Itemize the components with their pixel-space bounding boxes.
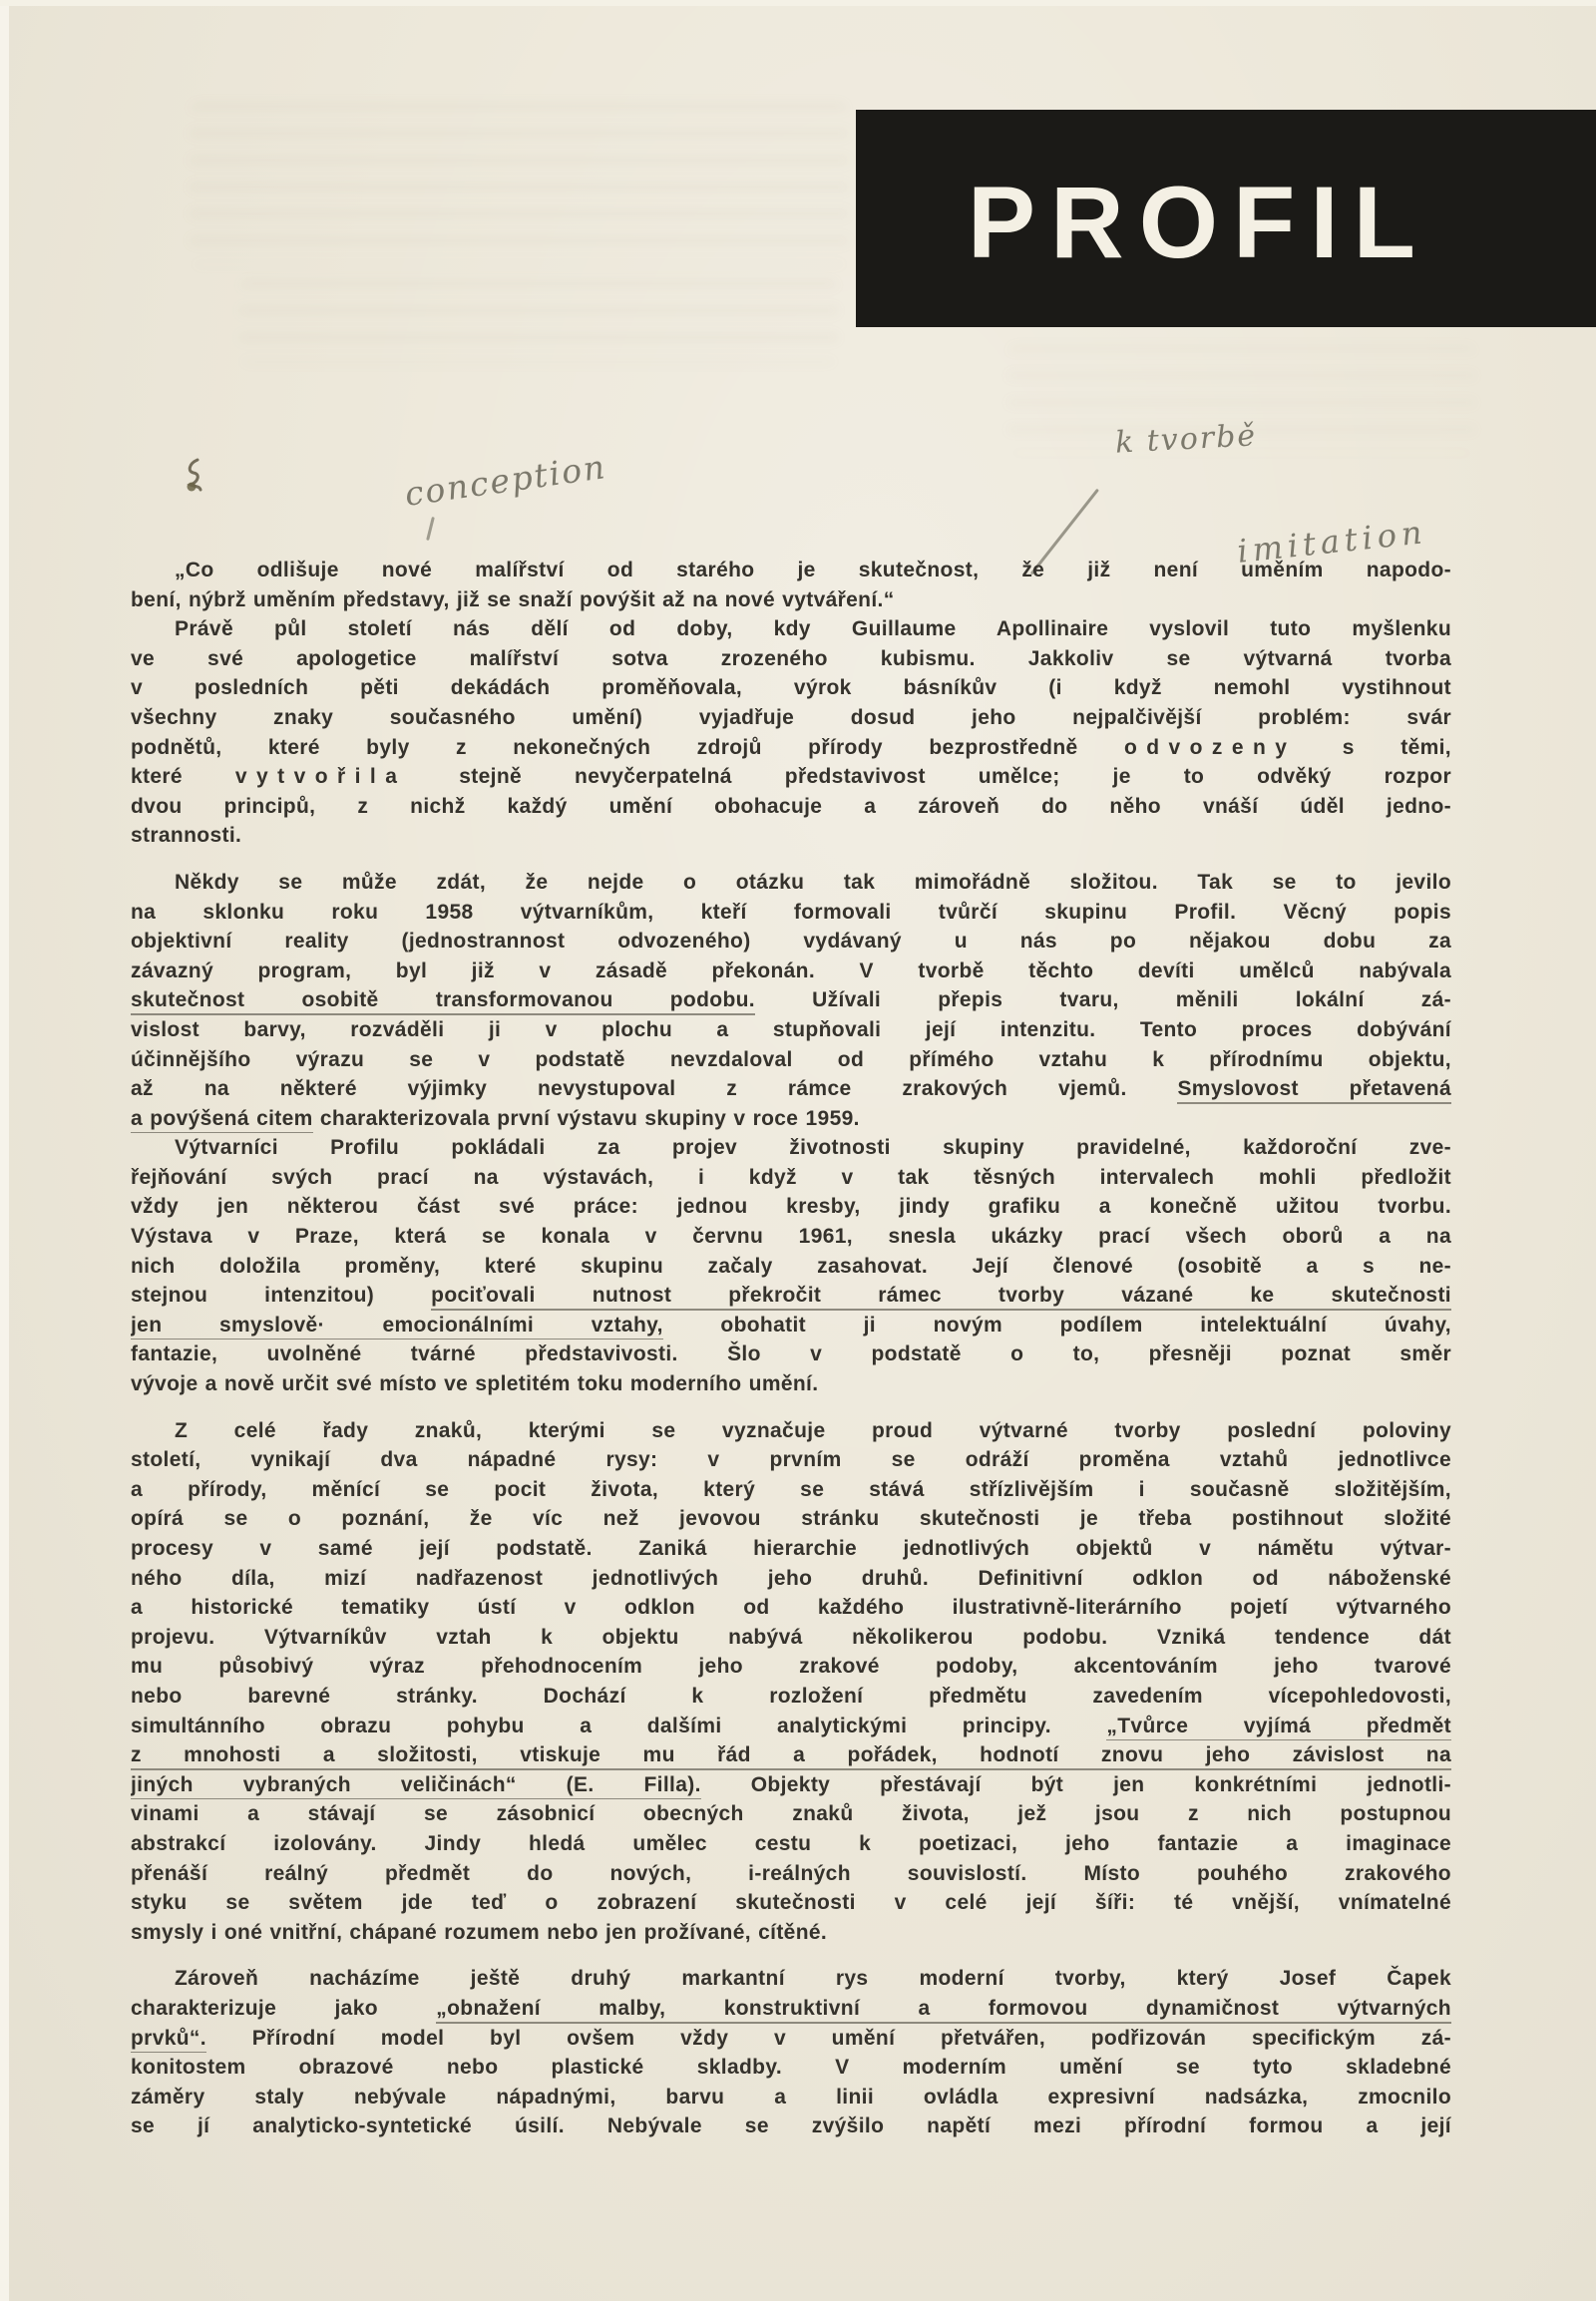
text-line: charakterizuje jako „obnažení malby, kon… <box>131 1994 1451 2024</box>
scan-edge-top <box>0 0 1596 6</box>
text-line: všechny znaky současného umění) vyjadřuj… <box>131 703 1451 733</box>
text-segment: přenáší reálný předmět do nových, i-reál… <box>131 1862 1451 1885</box>
text-line: z mnohosti a složitosti, vtiskuje mu řád… <box>131 1740 1451 1770</box>
text-line: a přírody, měnící se pocit života, který… <box>131 1475 1451 1505</box>
text-line: a povýšená citem charakterizovala první … <box>131 1104 1451 1134</box>
paragraph: Zároveň nacházíme ještě druhý markantní … <box>131 1964 1451 2141</box>
text-segment: projevu. Výtvarníkův vztah k objektu nab… <box>131 1626 1451 1649</box>
bleedthrough-mid <box>239 279 838 364</box>
text-line: Zároveň nacházíme ještě druhý markantní … <box>131 1964 1451 1994</box>
text-line: abstrakcí izolovány. Jindy hledá umělec … <box>131 1829 1451 1859</box>
scan-edge-left <box>0 0 9 2301</box>
text-line: ného díla, mizí nadřazenost jednotlivých… <box>131 1564 1451 1594</box>
text-line: vždy jen některou část své práce: jednou… <box>131 1192 1451 1222</box>
text-segment: ve své apologetice malířství sotva zroze… <box>131 647 1451 670</box>
text-line: procesy v samé její podstatě. Zaniká hie… <box>131 1534 1451 1564</box>
pencil-underlined-text: pociťovali nutnost překročit rámec tvorb… <box>431 1284 1451 1311</box>
text-segment: záměry staly nebývale nápadnými, barvu a… <box>131 2086 1451 2109</box>
text-segment: smysly i oné vnitřní, chápané rozumem ne… <box>131 1921 827 1944</box>
text-segment: dvou principů, z nichž každý umění oboha… <box>131 795 1451 818</box>
handwritten-note-k-tvorbe: k tvorbě <box>1114 418 1258 460</box>
text-line: záměry staly nebývale nápadnými, barvu a… <box>131 2083 1451 2112</box>
header-banner: PROFIL <box>856 110 1596 327</box>
text-line: ve své apologetice malířství sotva zroze… <box>131 644 1451 674</box>
text-segment: strannosti. <box>131 824 241 847</box>
pencil-underlined-text: a povýšená citem <box>131 1107 313 1134</box>
ink-squiggle-mark <box>182 457 211 501</box>
text-line: Výtvarníci Profilu pokládali za projev ž… <box>131 1133 1451 1163</box>
text-segment: se jí analyticko-syntetické úsilí. Nebýv… <box>131 2114 1451 2137</box>
text-line: strannosti. <box>131 821 1451 851</box>
text-line: konitostem obrazové nebo plastické sklad… <box>131 2053 1451 2083</box>
pencil-underlined-text: prvků“. <box>131 2027 206 2054</box>
bleedthrough-right <box>1007 344 1476 454</box>
text-line: a historické tematiky ústí v odklon od k… <box>131 1593 1451 1623</box>
text-line: v posledních pěti dekádách proměňovala, … <box>131 673 1451 703</box>
text-line: přenáší reálný předmět do nových, i-reál… <box>131 1859 1451 1889</box>
paragraph: Z celé řady znaků, kterými se vyznačuje … <box>131 1416 1451 1948</box>
text-line: Někdy se může zdát, že nejde o otázku ta… <box>131 868 1451 898</box>
pencil-underlined-text: skutečnost osobitě transformovanou podob… <box>131 988 755 1015</box>
text-segment: s těmi, <box>1296 736 1451 759</box>
text-line: projevu. Výtvarníkův vztah k objektu nab… <box>131 1623 1451 1653</box>
text-line: jiných vybraných veličinách“ (E. Filla).… <box>131 1770 1451 1800</box>
text-segment: Někdy se může zdát, že nejde o otázku ta… <box>175 871 1451 894</box>
text-segment: opírá se o poznání, že víc než jevovou s… <box>131 1507 1451 1530</box>
pencil-underlined-text: „Tvůrce vyjímá předmět <box>1106 1715 1451 1741</box>
text-segment: odvozeny <box>1124 736 1296 759</box>
pencil-underlined-text: jen smyslově· emocionálními vztahy, <box>131 1314 663 1341</box>
pencil-underlined-text: z mnohosti a složitosti, vtiskuje mu řád… <box>131 1743 1451 1770</box>
text-segment: století, vynikají dva nápadné rysy: v pr… <box>131 1448 1451 1471</box>
text-segment: fantazie, uvolněné tvárné představivosti… <box>131 1342 1451 1365</box>
text-line: se jí analyticko-syntetické úsilí. Nebýv… <box>131 2111 1451 2141</box>
text-segment: a přírody, měnící se pocit života, který… <box>131 1478 1451 1501</box>
pencil-underlined-text: jiných vybraných veličinách“ (E. Filla). <box>131 1773 701 1800</box>
text-line: účinnějšího výrazu se v podstatě nevzdal… <box>131 1045 1451 1075</box>
text-line: simultánního obrazu pohybu a dalšími ana… <box>131 1712 1451 1741</box>
text-segment: až na některé výjimky nevystupoval z rám… <box>131 1077 1177 1100</box>
text-line: řejňování svých prací na výstavách, i kd… <box>131 1163 1451 1193</box>
text-line: jen smyslově· emocionálními vztahy, oboh… <box>131 1311 1451 1341</box>
pencil-underlined-text: „obnažení malby, konstruktivní a formovo… <box>436 1997 1451 2024</box>
text-line: dvou principů, z nichž každý umění oboha… <box>131 792 1451 822</box>
text-line: Z celé řady znaků, kterými se vyznačuje … <box>131 1416 1451 1446</box>
paragraph: Právě půl století nás dělí od doby, kdy … <box>131 614 1451 851</box>
text-line: mu působivý výraz přehodnocením jeho zra… <box>131 1652 1451 1682</box>
text-segment: konitostem obrazové nebo plastické sklad… <box>131 2056 1451 2079</box>
text-segment: a historické tematiky ústí v odklon od k… <box>131 1596 1451 1619</box>
text-line: závazný program, byl již v zásadě překon… <box>131 957 1451 986</box>
text-segment: v posledních pěti dekádách proměňovala, … <box>131 676 1451 699</box>
text-line: Právě půl století nás dělí od doby, kdy … <box>131 614 1451 644</box>
text-segment: abstrakcí izolovány. Jindy hledá umělec … <box>131 1832 1451 1855</box>
text-line: stejnou intenzitou) pociťovali nutnost p… <box>131 1281 1451 1311</box>
text-segment: mu působivý výraz přehodnocením jeho zra… <box>131 1655 1451 1678</box>
text-line: století, vynikají dva nápadné rysy: v pr… <box>131 1445 1451 1475</box>
handwritten-note-conception: conception <box>402 447 608 514</box>
paragraph: Někdy se může zdát, že nejde o otázku ta… <box>131 868 1451 1133</box>
text-segment: podnětů, které byly z nekonečných zdrojů… <box>131 736 1124 759</box>
text-line: smysly i oné vnitřní, chápané rozumem ne… <box>131 1918 1451 1948</box>
text-segment: styku se světem jde teď o zobrazení skut… <box>131 1891 1451 1914</box>
text-line: skutečnost osobitě transformovanou podob… <box>131 985 1451 1015</box>
text-line: až na některé výjimky nevystupoval z rám… <box>131 1074 1451 1104</box>
text-segment: Výstava v Praze, která se konala v červn… <box>131 1225 1451 1248</box>
text-segment: Přírodní model byl ovšem vždy v umění př… <box>206 2027 1451 2050</box>
text-line: objektivní reality (jednostrannost odvoz… <box>131 927 1451 957</box>
text-line: styku se světem jde teď o zobrazení skut… <box>131 1888 1451 1918</box>
text-segment: které <box>131 765 235 788</box>
text-segment: „Co odlišuje nové malířství od starého j… <box>175 559 1451 581</box>
text-segment: procesy v samé její podstatě. Zaniká hie… <box>131 1537 1451 1560</box>
text-line: které vytvořila stejně nevyčerpatelná př… <box>131 762 1451 792</box>
text-segment: závazný program, byl již v zásadě překon… <box>131 959 1451 982</box>
text-segment: nebo barevné stránky. Dochází k rozložen… <box>131 1685 1451 1708</box>
paragraph: Výtvarníci Profilu pokládali za projev ž… <box>131 1133 1451 1398</box>
text-segment: vždy jen některou část své práce: jednou… <box>131 1195 1451 1218</box>
text-line: prvků“. Přírodní model byl ovšem vždy v … <box>131 2024 1451 2054</box>
text-line: nich doložila proměny, které skupinu zač… <box>131 1252 1451 1282</box>
page-title: PROFIL <box>856 157 1430 281</box>
paragraph: „Co odlišuje nové malířství od starého j… <box>131 556 1451 614</box>
text-segment: na sklonku roku 1958 výtvarníkům, kteří … <box>131 901 1451 924</box>
text-line: „Co odlišuje nové malířství od starého j… <box>131 556 1451 585</box>
text-segment: objektivní reality (jednostrannost odvoz… <box>131 930 1451 953</box>
text-segment: vývoje a nově určit své místo ve spletit… <box>131 1372 818 1395</box>
bleedthrough-top <box>190 102 848 266</box>
text-segment: Objekty přestávají být jen konkrétními j… <box>701 1773 1451 1796</box>
text-line: fantazie, uvolněné tvárné představivosti… <box>131 1340 1451 1369</box>
text-segment: charakterizovala první výstavu skupiny v… <box>313 1107 860 1130</box>
pencil-tick-mark <box>426 517 435 541</box>
text-line: vislost barvy, rozváděli ji v plochu a s… <box>131 1015 1451 1045</box>
text-line: na sklonku roku 1958 výtvarníkům, kteří … <box>131 898 1451 928</box>
text-segment: obohatit ji novým podílem intelektuální … <box>663 1314 1451 1337</box>
text-line: podnětů, které byly z nekonečných zdrojů… <box>131 733 1451 763</box>
text-segment: bení, nýbrž uměním představy, již se sna… <box>131 588 895 611</box>
text-segment: řejňování svých prací na výstavách, i kd… <box>131 1166 1451 1189</box>
text-line: vinami a stávají se zásobnicí obecných z… <box>131 1799 1451 1829</box>
text-segment: charakterizuje jako <box>131 1997 436 2020</box>
text-segment: účinnějšího výrazu se v podstatě nevzdal… <box>131 1048 1451 1071</box>
text-segment: stejnou intenzitou) <box>131 1284 431 1307</box>
text-segment: Užívali přepis tvaru, měnili lokální zá- <box>755 988 1451 1011</box>
text-segment: všechny znaky současného umění) vyjadřuj… <box>131 706 1451 729</box>
text-line: Výstava v Praze, která se konala v červn… <box>131 1222 1451 1252</box>
text-segment: vislost barvy, rozváděli ji v plochu a s… <box>131 1018 1451 1041</box>
text-segment: nich doložila proměny, které skupinu zač… <box>131 1255 1451 1278</box>
text-segment: stejně nevyčerpatelná představivost uměl… <box>406 765 1451 788</box>
text-line: nebo barevné stránky. Dochází k rozložen… <box>131 1682 1451 1712</box>
pencil-underlined-text: Smyslovost přetavená <box>1177 1077 1451 1104</box>
text-segment: ného díla, mizí nadřazenost jednotlivých… <box>131 1567 1451 1590</box>
text-segment: Z celé řady znaků, kterými se vyznačuje … <box>175 1419 1451 1442</box>
text-line: bení, nýbrž uměním představy, již se sna… <box>131 585 1451 615</box>
text-line: vývoje a nově určit své místo ve spletit… <box>131 1369 1451 1399</box>
body-text: „Co odlišuje nové malířství od starého j… <box>131 556 1451 2141</box>
text-segment: Právě půl století nás dělí od doby, kdy … <box>175 617 1451 640</box>
text-segment: simultánního obrazu pohybu a dalšími ana… <box>131 1715 1106 1737</box>
text-segment: Výtvarníci Profilu pokládali za projev ž… <box>175 1136 1451 1159</box>
text-segment: vinami a stávají se zásobnicí obecných z… <box>131 1802 1451 1825</box>
text-segment: Zároveň nacházíme ještě druhý markantní … <box>175 1967 1451 1990</box>
text-segment: vytvořila <box>235 765 406 788</box>
text-line: opírá se o poznání, že víc než jevovou s… <box>131 1504 1451 1534</box>
